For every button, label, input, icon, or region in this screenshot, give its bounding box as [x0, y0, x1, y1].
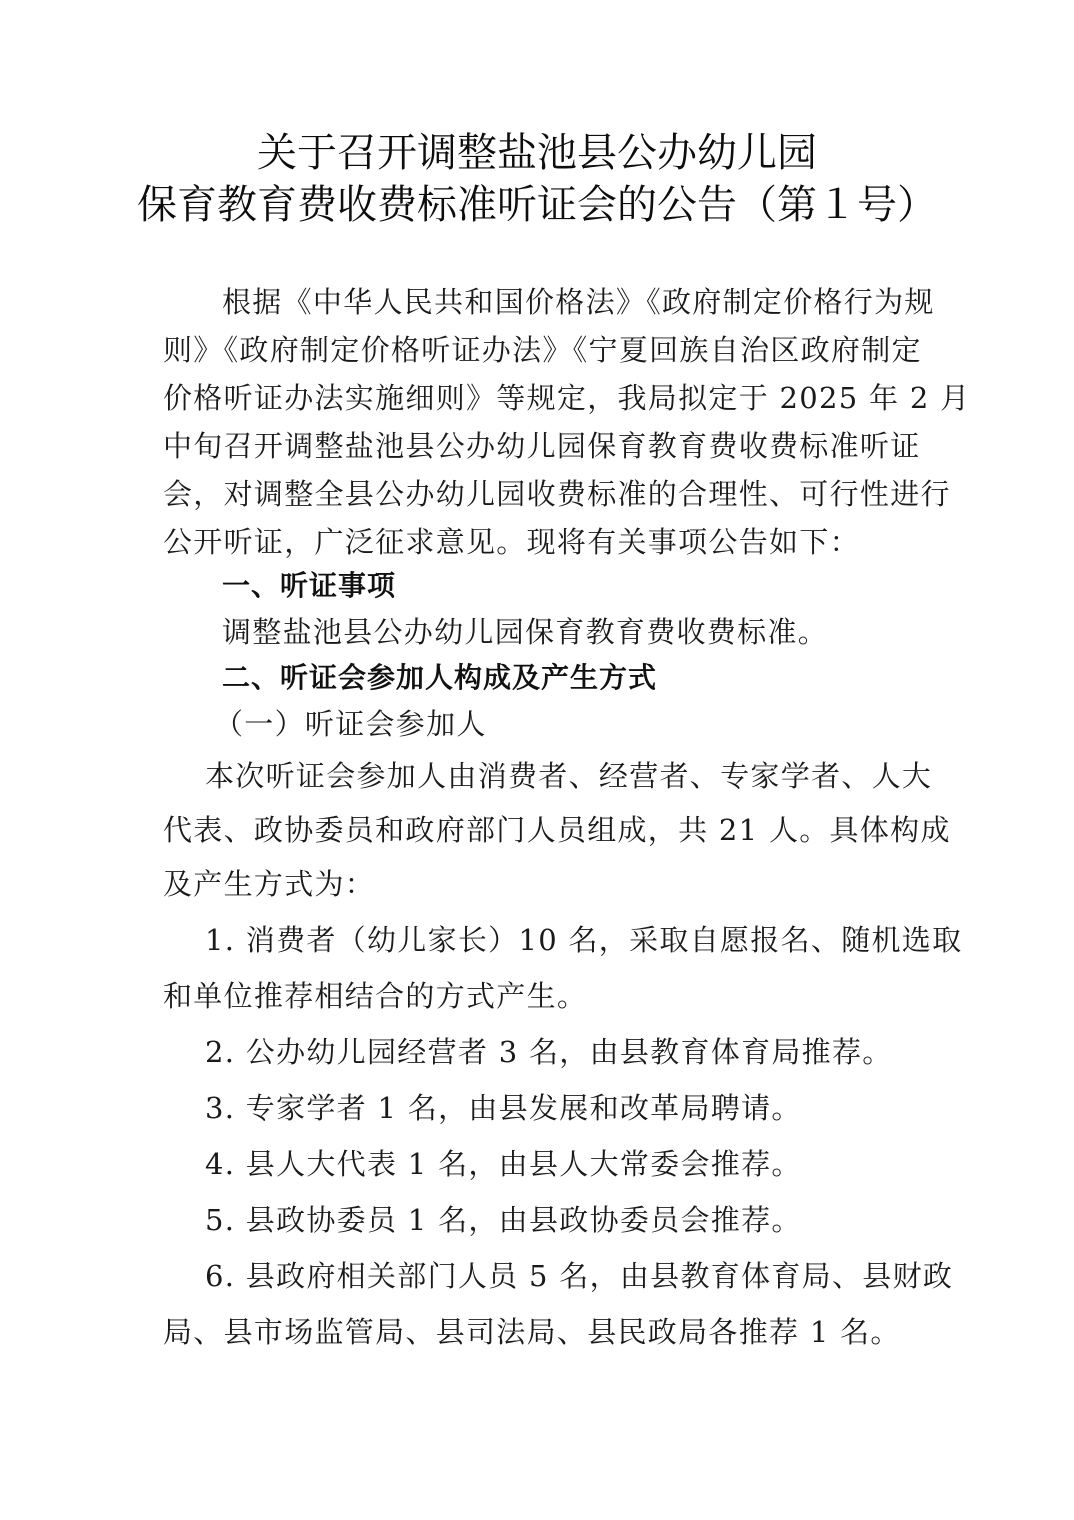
section-body-line: 调整盐池县公办幼儿园保育教育费收费标准。 [222, 612, 982, 652]
participant-item-government-staff: 6. 县政府相关部门人员 5 名，由县教育体育局、县财政 [205, 1256, 911, 1296]
intro-paragraph-line: 则》《政府制定价格听证办法》《宁夏回族自治区政府制定 [163, 330, 911, 370]
document-page: 关于召开调整盐池县公办幼儿园 保育教育费收费标准听证会的公告（第１号） 根据《中… [0, 0, 1074, 1520]
document-title-line-1: 关于召开调整盐池县公办幼儿园 [0, 128, 1074, 178]
participant-item-npc-deputy: 4. 县人大代表 1 名，由县人大常委会推荐。 [205, 1144, 965, 1184]
section-heading-participants: 二、听证会参加人构成及产生方式 [222, 658, 982, 698]
subsection-heading-participants: （一）听证会参加人 [214, 704, 974, 744]
participant-item-consumers: 1. 消费者（幼儿家长）10 名，采取自愿报名、随机选取 [205, 920, 911, 960]
participant-item-experts: 3. 专家学者 1 名，由县发展和改革局聘请。 [205, 1088, 965, 1128]
intro-paragraph-line: 中旬召开调整盐池县公办幼儿园保育教育费收费标准听证 [163, 426, 911, 466]
section-heading-hearing-matter: 一、听证事项 [222, 566, 982, 606]
intro-paragraph-line: 公开听证，广泛征求意见。现将有关事项公告如下： [163, 522, 923, 562]
section-body-line: 及产生方式为： [163, 864, 923, 904]
participant-item-government-staff-cont: 局、县市场监管局、县司法局、县民政局各推荐 1 名。 [163, 1312, 923, 1352]
document-title-line-2: 保育教育费收费标准听证会的公告（第１号） [0, 180, 1074, 230]
intro-paragraph-line: 价格听证办法实施细则》等规定，我局拟定于 2025 年 2 月 [163, 378, 911, 418]
intro-paragraph-line: 会，对调整全县公办幼儿园收费标准的合理性、可行性进行 [163, 474, 911, 514]
participant-item-cppcc-member: 5. 县政协委员 1 名，由县政协委员会推荐。 [205, 1200, 965, 1240]
section-body-line: 代表、政协委员和政府部门人员组成，共 21 人。具体构成 [163, 810, 911, 850]
participant-item-consumers-cont: 和单位推荐相结合的方式产生。 [163, 976, 923, 1016]
section-body-line: 本次听证会参加人由消费者、经营者、专家学者、人大 [205, 756, 911, 796]
participant-item-operators: 2. 公办幼儿园经营者 3 名，由县教育体育局推荐。 [205, 1032, 965, 1072]
intro-paragraph-line: 根据《中华人民共和国价格法》《政府制定价格行为规 [222, 282, 911, 322]
